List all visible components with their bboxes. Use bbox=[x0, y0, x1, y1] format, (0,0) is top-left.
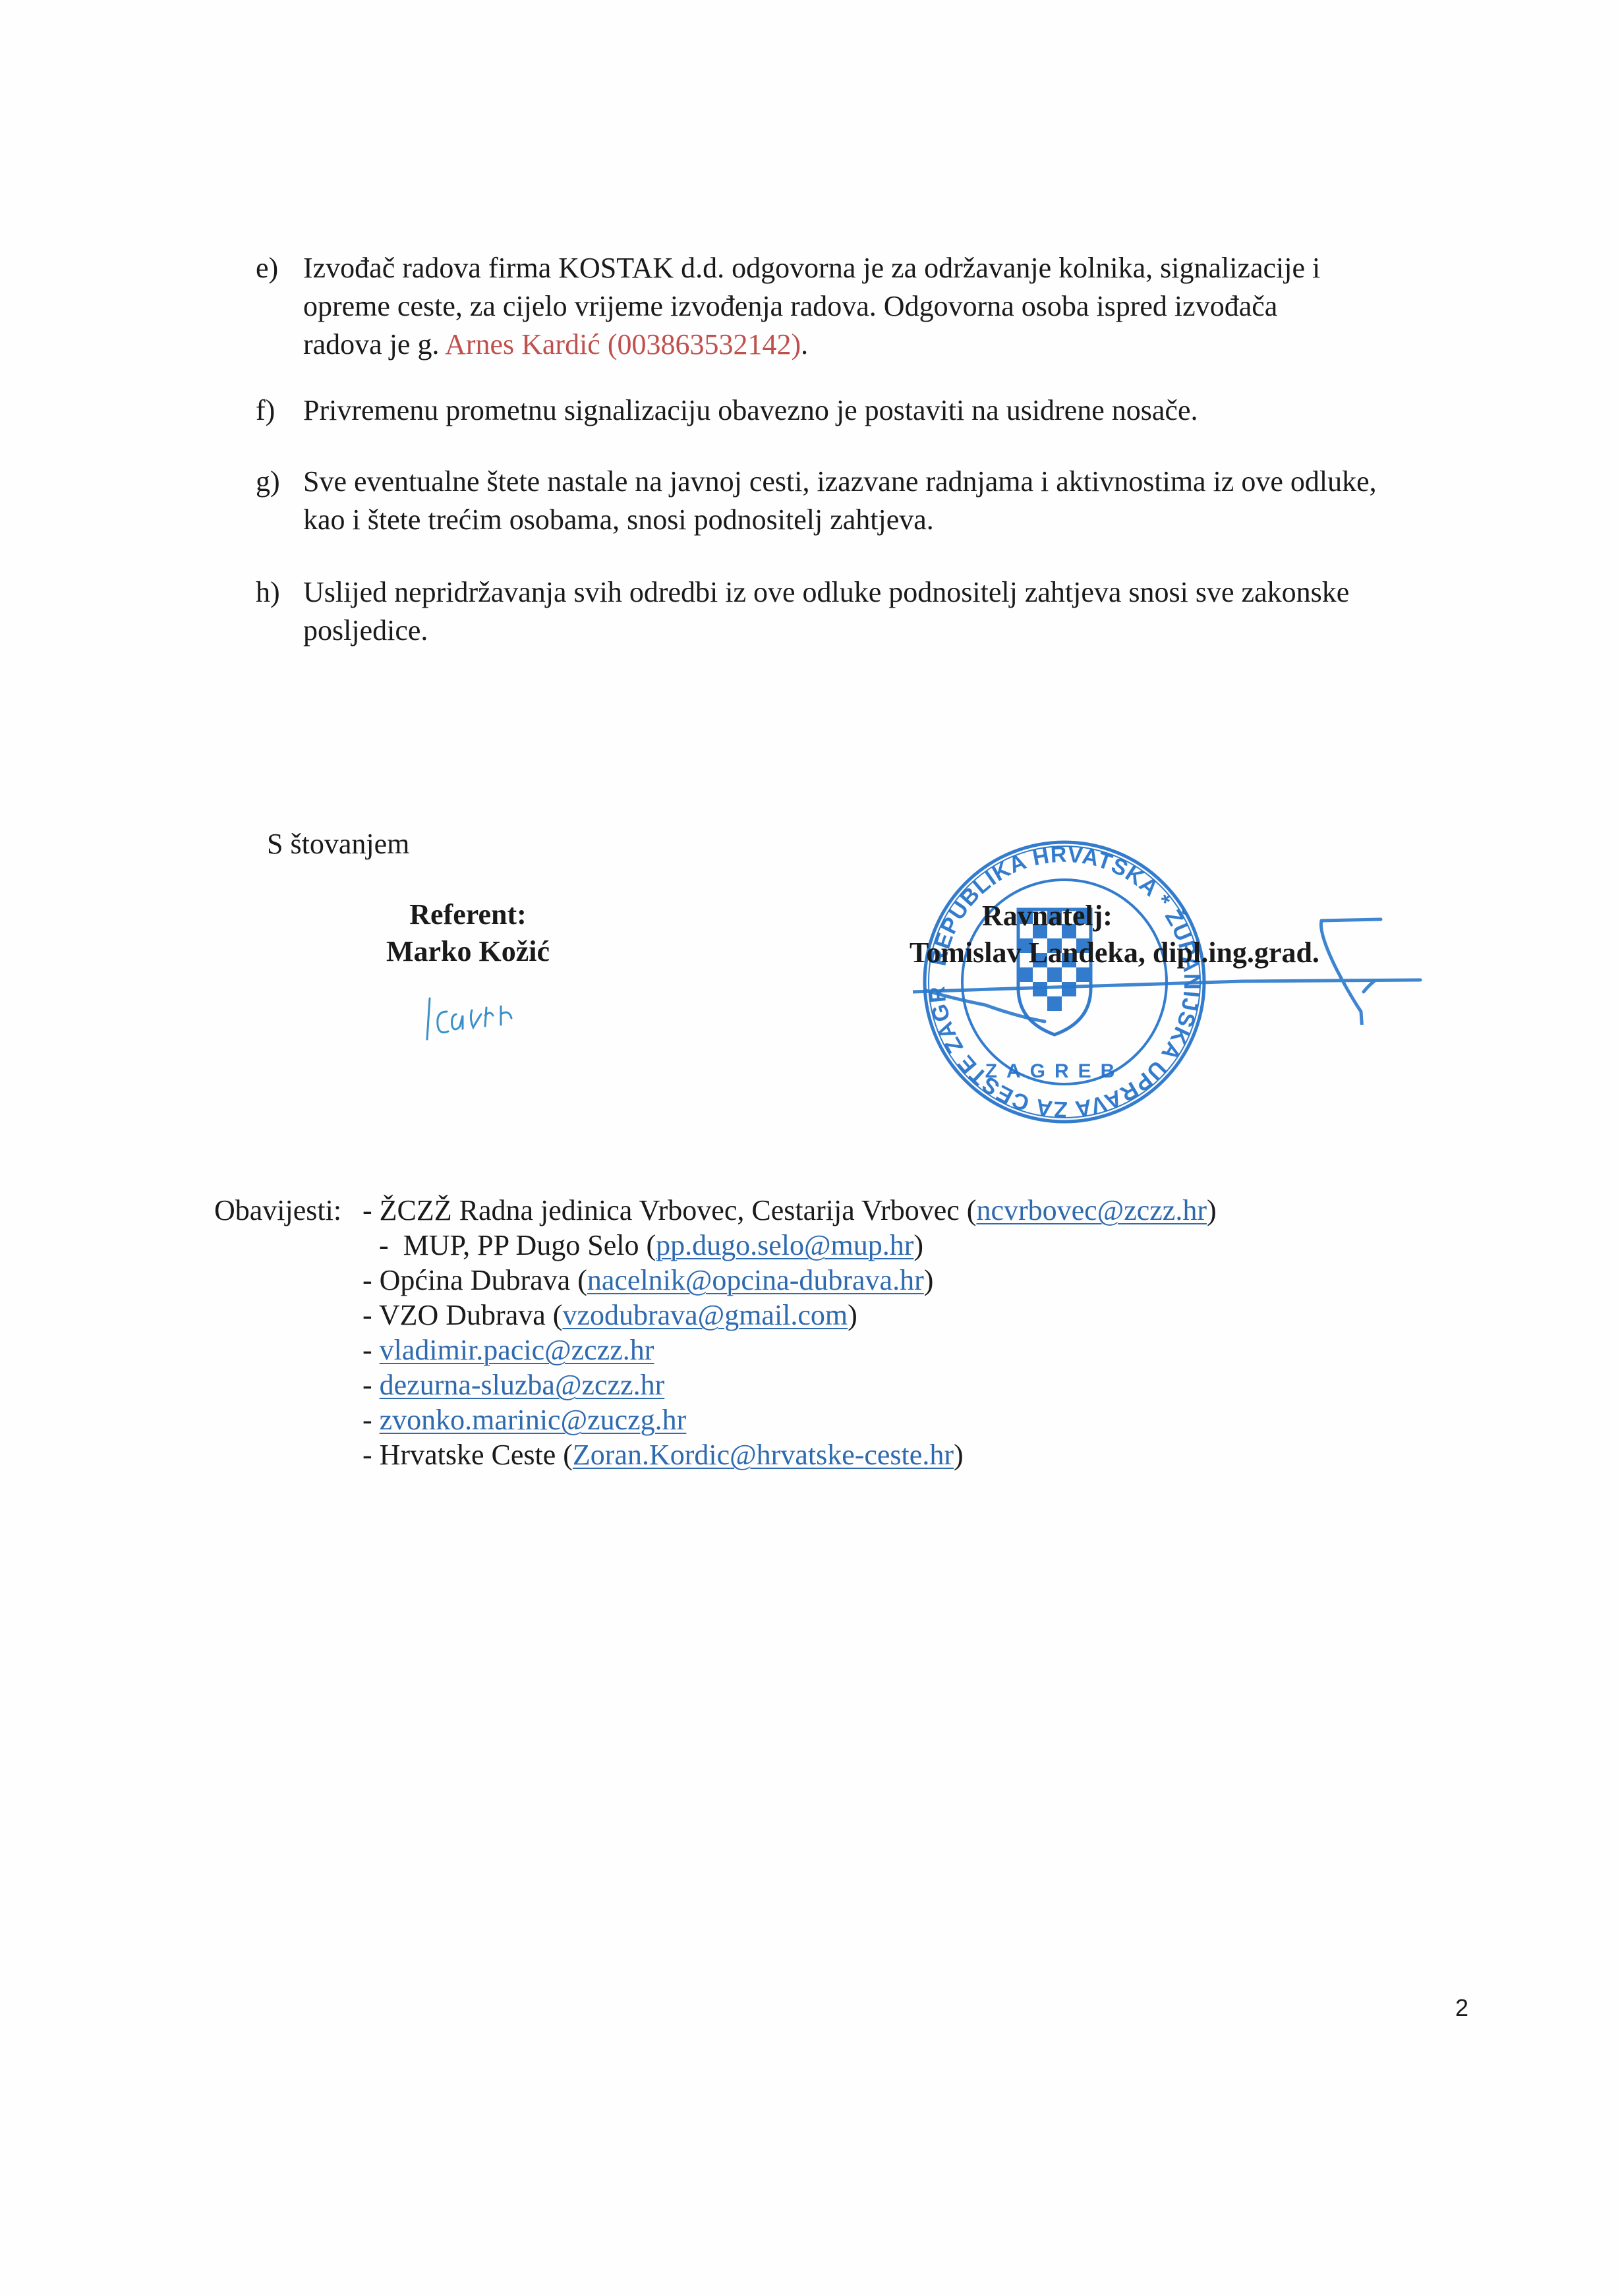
email-link[interactable]: nacelnik@opcina-dubrava.hr bbox=[587, 1264, 924, 1296]
list-item: - dezurna-sluzba@zczz.hr bbox=[362, 1367, 1549, 1402]
item-text: Uslijed nepridržavanja svih odredbi iz o… bbox=[303, 573, 1495, 650]
list-item: - VZO Dubrava (vzodubrava@gmail.com) bbox=[362, 1298, 1549, 1333]
email-link[interactable]: pp.dugo.selo@mup.hr bbox=[656, 1229, 913, 1261]
recipient-suffix: ) bbox=[848, 1299, 857, 1331]
list-item: - MUP, PP Dugo Selo (pp.dugo.selo@mup.hr… bbox=[362, 1228, 1549, 1263]
email-link[interactable]: vzodubrava@gmail.com bbox=[562, 1299, 848, 1331]
recipient-text: - bbox=[362, 1369, 380, 1401]
contact-person-highlight: Arnes Kardić (003863532142) bbox=[445, 328, 801, 360]
email-link[interactable]: Zoran.Kordic@hrvatske-ceste.hr bbox=[573, 1439, 954, 1471]
email-link[interactable]: dezurna-sluzba@zczz.hr bbox=[380, 1369, 665, 1401]
item-text: Sve eventualne štete nastale na javnoj c… bbox=[303, 463, 1495, 539]
list-item: - vladimir.pacic@zczz.hr bbox=[362, 1333, 1549, 1367]
recipient-text: - Općina Dubrava ( bbox=[362, 1264, 587, 1296]
referent-title: Referent: bbox=[376, 896, 560, 933]
condition-item-h: h) Uslijed nepridržavanja svih odredbi i… bbox=[256, 573, 1495, 650]
document-page: e) Izvođač radova firma KOSTAK d.d. odgo… bbox=[0, 0, 1620, 2296]
recipient-text: - MUP, PP Dugo Selo ( bbox=[372, 1229, 656, 1261]
recipient-text: - Hrvatske Ceste ( bbox=[362, 1439, 573, 1471]
svg-text:ZAGREB: ZAGREB bbox=[985, 1060, 1124, 1082]
email-link[interactable]: ncvrbovec@zczz.hr bbox=[976, 1194, 1207, 1226]
closing-salutation: S štovanjem bbox=[267, 827, 409, 861]
recipient-text: - ŽCZŽ Radna jedinica Vrbovec, Cestarija… bbox=[362, 1194, 976, 1226]
item-label: g) bbox=[256, 463, 302, 501]
recipient-text: - bbox=[362, 1404, 380, 1436]
recipient-text: - VZO Dubrava ( bbox=[362, 1299, 562, 1331]
page-number: 2 bbox=[1455, 1994, 1468, 2022]
director-signature-icon bbox=[913, 906, 1427, 1025]
recipient-text: - bbox=[362, 1334, 380, 1366]
condition-item-f: f) Privremenu prometnu signalizaciju oba… bbox=[256, 391, 1495, 430]
referent-block: Referent: Marko Kožić bbox=[376, 896, 560, 970]
condition-item-g: g) Sve eventualne štete nastale na javno… bbox=[256, 463, 1495, 539]
referent-name: Marko Kožić bbox=[376, 933, 560, 970]
item-label: f) bbox=[256, 391, 302, 430]
recipient-suffix: ) bbox=[1207, 1194, 1217, 1226]
email-link[interactable]: zvonko.marinic@zuczg.hr bbox=[380, 1404, 687, 1436]
recipient-suffix: ) bbox=[954, 1439, 964, 1471]
item-label: h) bbox=[256, 573, 302, 612]
list-item: - Općina Dubrava (nacelnik@opcina-dubrav… bbox=[362, 1263, 1549, 1298]
notices-heading: Obavijesti: bbox=[214, 1193, 341, 1228]
list-item: - ŽCZŽ Radna jedinica Vrbovec, Cestarija… bbox=[362, 1193, 1549, 1228]
item-text: Izvođač radova firma KOSTAK d.d. odgovor… bbox=[303, 249, 1495, 364]
notices-list: - ŽCZŽ Radna jedinica Vrbovec, Cestarija… bbox=[362, 1193, 1549, 1472]
condition-item-e: e) Izvođač radova firma KOSTAK d.d. odgo… bbox=[256, 249, 1495, 364]
recipient-suffix: ) bbox=[913, 1229, 923, 1261]
list-item: - Hrvatske Ceste (Zoran.Kordic@hrvatske-… bbox=[362, 1437, 1549, 1472]
email-link[interactable]: vladimir.pacic@zczz.hr bbox=[380, 1334, 654, 1366]
item-text: Privremenu prometnu signalizaciju obavez… bbox=[303, 391, 1495, 430]
item-text-end: . bbox=[801, 328, 808, 360]
item-label: e) bbox=[256, 249, 302, 287]
list-item: - zvonko.marinic@zuczg.hr bbox=[362, 1402, 1549, 1437]
referent-signature-icon bbox=[422, 992, 527, 1045]
recipient-suffix: ) bbox=[924, 1264, 934, 1296]
